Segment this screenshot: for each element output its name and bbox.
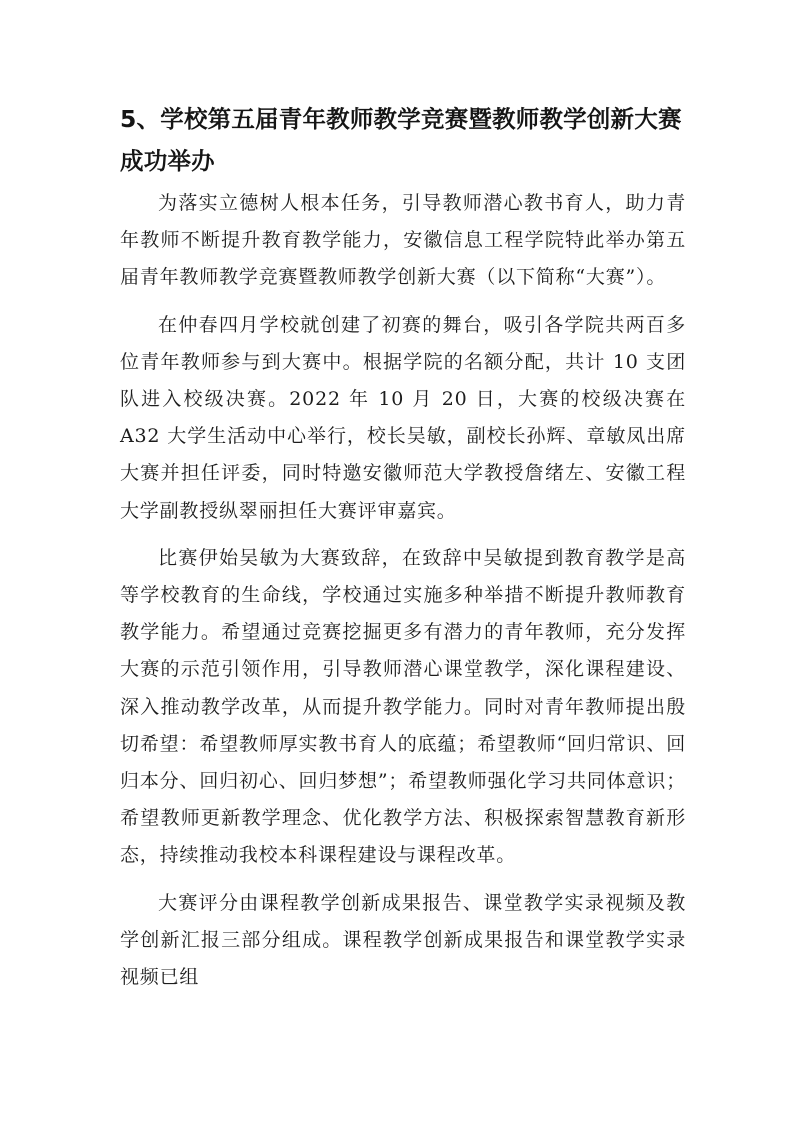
paragraph-scoring: 大赛评分由课程教学创新成果报告、课堂教学实录视频及教学创新汇报三部分组成。课程教…	[120, 885, 686, 997]
paragraph-intro: 为落实立德树人根本任务，引导教师潜心教书育人，助力青年教师不断提升教育教学能力，…	[120, 185, 686, 297]
document-page: 5、学校第五届青年教师教学竞赛暨教师教学创新大赛成功举办 为落实立德树人根本任务…	[120, 98, 686, 1006]
section-title: 5、学校第五届青年教师教学竞赛暨教师教学创新大赛成功举办	[120, 98, 686, 182]
paragraph-opening-speech: 比赛伊始吴敏为大赛致辞，在致辞中吴敏提到教育教学是高等学校教育的生命线，学校通过…	[120, 540, 686, 875]
paragraph-competition-process: 在仲春四月学校就创建了初赛的舞台，吸引各学院共两百多位青年教师参与到大赛中。根据…	[120, 307, 686, 530]
